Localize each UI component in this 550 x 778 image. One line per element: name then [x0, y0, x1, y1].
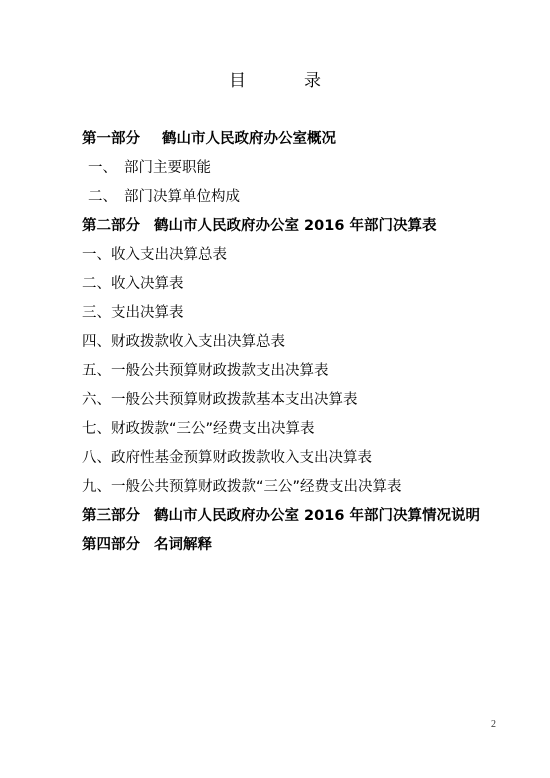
- toc-item[interactable]: 九、一般公共预算财政拨款“三公”经费支出决算表: [82, 476, 522, 505]
- toc-title: 目录: [0, 70, 550, 92]
- toc-title-char-2: 录: [304, 70, 321, 92]
- toc-item[interactable]: 一、收入支出决算总表: [82, 244, 522, 273]
- toc-item[interactable]: 八、政府性基金预算财政拨款收入支出决算表: [82, 447, 522, 476]
- toc-part-prefix: 第一部分: [82, 128, 140, 150]
- document-page: 目录 第一部分鹤山市人民政府办公室概况 一、部门主要职能 二、部门决算单位构成 …: [0, 0, 550, 778]
- toc-item[interactable]: 一、部门主要职能: [82, 157, 522, 186]
- toc-part-title: 名词解释: [154, 537, 212, 553]
- toc-part-prefix: 第四部分: [82, 534, 140, 556]
- toc-item[interactable]: 六、一般公共预算财政拨款基本支出决算表: [82, 389, 522, 418]
- table-of-contents: 第一部分鹤山市人民政府办公室概况 一、部门主要职能 二、部门决算单位构成 第二部…: [82, 128, 522, 563]
- toc-item-label: 部门主要职能: [124, 160, 211, 176]
- toc-part-4[interactable]: 第四部分名词解释: [82, 534, 522, 563]
- toc-part-title: 鹤山市人民政府办公室 2016 年部门决算表: [154, 218, 436, 234]
- toc-item[interactable]: 四、财政拨款收入支出决算总表: [82, 331, 522, 360]
- toc-item[interactable]: 三、支出决算表: [82, 302, 522, 331]
- toc-part-3[interactable]: 第三部分鹤山市人民政府办公室 2016 年部门决算情况说明: [82, 505, 522, 534]
- toc-item[interactable]: 二、部门决算单位构成: [82, 186, 522, 215]
- toc-part-title: 鹤山市人民政府办公室 2016 年部门决算情况说明: [154, 508, 480, 524]
- page-number: 2: [491, 719, 496, 730]
- toc-item-number: 二、: [88, 186, 124, 208]
- toc-part-prefix: 第二部分: [82, 215, 140, 237]
- toc-item[interactable]: 七、财政拨款“三公”经费支出决算表: [82, 418, 522, 447]
- toc-item-number: 一、: [88, 157, 124, 179]
- toc-part-prefix: 第三部分: [82, 505, 140, 527]
- toc-item-label: 部门决算单位构成: [124, 189, 240, 205]
- toc-part-1[interactable]: 第一部分鹤山市人民政府办公室概况: [82, 128, 522, 157]
- toc-part-2[interactable]: 第二部分鹤山市人民政府办公室 2016 年部门决算表: [82, 215, 522, 244]
- toc-title-char-1: 目: [229, 70, 246, 92]
- toc-item[interactable]: 五、一般公共预算财政拨款支出决算表: [82, 360, 522, 389]
- toc-part-title: 鹤山市人民政府办公室概况: [162, 131, 336, 147]
- toc-item[interactable]: 二、收入决算表: [82, 273, 522, 302]
